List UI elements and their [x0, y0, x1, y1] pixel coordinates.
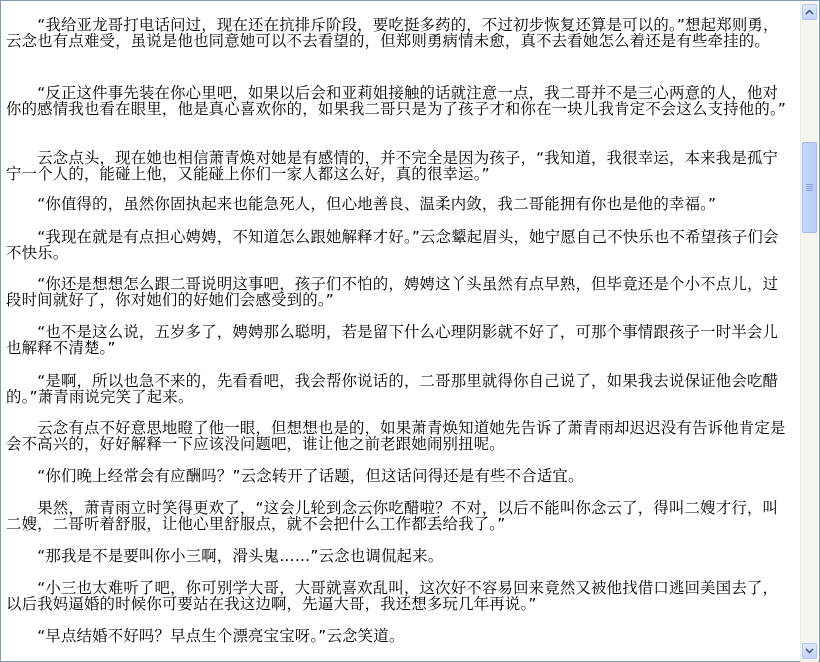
chevron-up-icon — [805, 9, 814, 15]
paragraph: “反正这件事先装在你心里吧，如果以后会和亚莉姐接触的话就注意一点，我二哥并不是三… — [6, 85, 792, 117]
paragraph-text: 云念点头，现在她也相信萧青焕对她是有感情的，并不完全是因为孩子，“我知道，我很幸… — [6, 149, 778, 183]
scroll-down-button[interactable] — [802, 643, 817, 659]
indent — [6, 195, 37, 213]
paragraph-text: “早点结婚不好吗？早点生个漂亮宝宝呀。”云念笑道。 — [37, 627, 404, 645]
grip-icon — [806, 184, 813, 191]
text-viewer-window: “我给亚龙哥打电话问过，现在还在抗排斥阶段，要吃挺多药的，不过初步恢复还算是可以… — [0, 0, 820, 662]
paragraph-text: “你还是想想怎么跟二哥说明这事吧，孩子们不怕的，娉娉这丫头虽然有点早熟，但毕竟还… — [6, 275, 778, 309]
paragraph-text: “你值得的，虽然你固执起来也能急死人，但心地善良、温柔内敛，我二哥能拥有你也是他… — [37, 195, 716, 213]
paragraph-text: 云念有点不好意思地瞪了他一眼，但想想也是的，如果萧青焕知道她先告诉了萧青雨却迟迟… — [6, 419, 786, 453]
scroll-up-button[interactable] — [802, 4, 817, 20]
paragraph: “我现在就是有点担心娉娉，不知道怎么跟她解释才好。”云念颦起眉头，她宁愿自己不快… — [6, 229, 792, 261]
paragraph: “早点结婚不好吗？早点生个漂亮宝宝呀。”云念笑道。 — [6, 628, 792, 644]
paragraph: 果然，萧青雨立时笑得更欢了，“这会儿轮到念云你吃醋啦？不对，以后不能叫你念云了，… — [6, 500, 792, 532]
paragraph-text: “我现在就是有点担心娉娉，不知道怎么跟她解释才好。”云念颦起眉头，她宁愿自己不快… — [6, 228, 779, 262]
paragraph: “你还是想想怎么跟二哥说明这事吧，孩子们不怕的，娉娉这丫头虽然有点早熟，但毕竟还… — [6, 276, 792, 308]
document-content[interactable]: “我给亚龙哥打电话问过，现在还在抗排斥阶段，要吃挺多药的，不过初步恢复还算是可以… — [3, 3, 801, 659]
paragraph-text: “是啊，所以也急不来的，先看看吧，我会帮你说话的，二哥那里就得你自己说了，如果我… — [6, 372, 778, 406]
paragraph-text: “也不是这么说，五岁多了，娉娉那么聪明，若是留下什么心理阴影就不好了，可那个事情… — [6, 323, 778, 357]
indent — [6, 547, 37, 565]
paragraph-text: “小三也太难听了吧，你可别学大哥，大哥就喜欢乱叫，这次好不容易回来竟然又被他找借… — [6, 579, 778, 613]
paragraph-text: “反正这件事先装在你心里吧，如果以后会和亚莉姐接触的话就注意一点，我二哥并不是三… — [6, 84, 786, 118]
paragraph: “那我是不是要叫你小三啊，滑头鬼……”云念也调侃起来。 — [6, 548, 792, 564]
paragraph: “我给亚龙哥打电话问过，现在还在抗排斥阶段，要吃挺多药的，不过初步恢复还算是可以… — [6, 17, 792, 49]
paragraph: “是啊，所以也急不来的，先看看吧，我会帮你说话的，二哥那里就得你自己说了，如果我… — [6, 373, 792, 405]
indent — [6, 467, 37, 485]
paragraph-text: “我给亚龙哥打电话问过，现在还在抗排斥阶段，要吃挺多药的，不过初步恢复还算是可以… — [6, 16, 779, 50]
paragraph: 云念有点不好意思地瞪了他一眼，但想想也是的，如果萧青焕知道她先告诉了萧青雨却迟迟… — [6, 420, 792, 452]
paragraph: “你值得的，虽然你固执起来也能急死人，但心地善良、温柔内敛，我二哥能拥有你也是他… — [6, 196, 792, 212]
paragraph-text: “那我是不是要叫你小三啊，滑头鬼……”云念也调侃起来。 — [37, 547, 443, 565]
scrollbar-thumb[interactable] — [802, 142, 817, 233]
indent — [6, 627, 37, 645]
paragraph-text: “你们晚上经常会有应酬吗？”云念转开了话题，但这话问得还是有些不合适宜。 — [37, 467, 583, 485]
paragraph-text: 果然，萧青雨立时笑得更欢了，“这会儿轮到念云你吃醋啦？不对，以后不能叫你念云了，… — [6, 499, 778, 533]
paragraph: “你们晚上经常会有应酬吗？”云念转开了话题，但这话问得还是有些不合适宜。 — [6, 468, 792, 484]
chevron-down-icon — [805, 648, 814, 654]
paragraph: “小三也太难听了吧，你可别学大哥，大哥就喜欢乱叫，这次好不容易回来竟然又被他找借… — [6, 580, 792, 612]
paragraph: 云念点头，现在她也相信萧青焕对她是有感情的，并不完全是因为孩子，“我知道，我很幸… — [6, 150, 792, 182]
vertical-scrollbar[interactable] — [800, 2, 818, 662]
paragraph: “也不是这么说，五岁多了，娉娉那么聪明，若是留下什么心理阴影就不好了，可那个事情… — [6, 324, 792, 356]
